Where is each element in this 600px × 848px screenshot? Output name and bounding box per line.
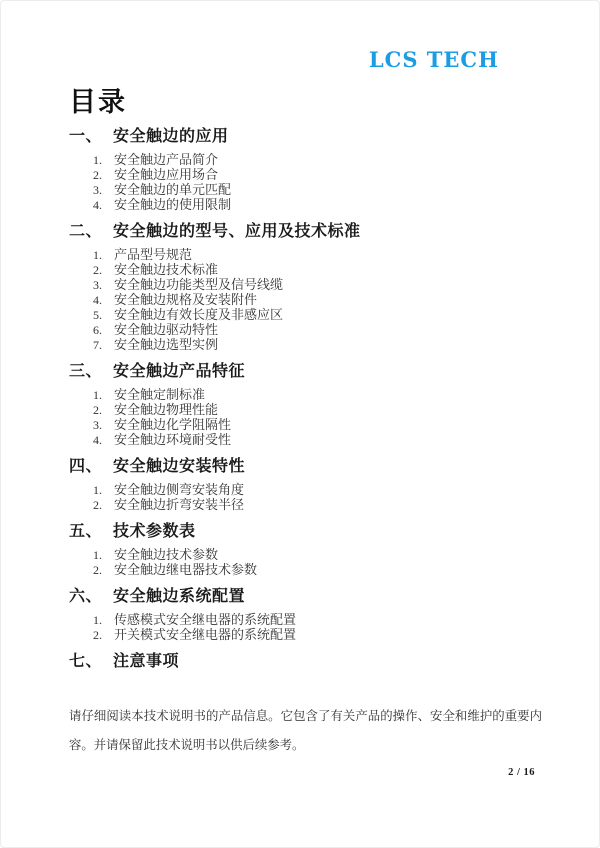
section-items: 1. 安全触边技术参数 2. 安全触边继电器技术参数: [69, 547, 539, 577]
toc-item-label: 传感模式安全继电器的系统配置: [114, 612, 296, 627]
page-number: 2 / 16: [508, 767, 535, 778]
toc-item: 3. 安全触边化学阻隔性: [69, 417, 539, 432]
toc-item-number: 4.: [93, 198, 114, 213]
section-title: 安全触边的应用: [113, 127, 229, 147]
toc-section: 三、 安全触边产品特征 1. 安全触定制标准 2. 安全触边物理性能 3. 安全…: [69, 362, 539, 447]
toc-item-number: 3.: [93, 418, 114, 433]
toc-item: 2. 安全触边继电器技术参数: [69, 562, 539, 577]
toc-item-label: 安全触边功能类型及信号线缆: [114, 277, 283, 292]
toc-item-number: 2.: [93, 403, 114, 418]
toc-section: 五、 技术参数表 1. 安全触边技术参数 2. 安全触边继电器技术参数: [69, 522, 539, 577]
section-title: 安全触边系统配置: [113, 587, 245, 607]
toc-item: 3. 安全触边的单元匹配: [69, 182, 539, 197]
toc-item-label: 安全触边环境耐受性: [114, 432, 231, 447]
toc-item-number: 1.: [93, 483, 114, 498]
toc-item: 7. 安全触边选型实例: [69, 337, 539, 352]
toc-item-number: 4.: [93, 433, 114, 448]
toc-item: 1. 传感模式安全继电器的系统配置: [69, 612, 539, 627]
toc-item: 1. 产品型号规范: [69, 247, 539, 262]
section-items: 1. 安全触定制标准 2. 安全触边物理性能 3. 安全触边化学阻隔性 4. 安…: [69, 387, 539, 447]
toc-item-label: 产品型号规范: [114, 247, 192, 262]
toc-item: 4. 安全触边规格及安装附件: [69, 292, 539, 307]
toc-item-number: 1.: [93, 613, 114, 628]
toc-item-label: 安全触边的使用限制: [114, 197, 231, 212]
toc-item-label: 安全触边物理性能: [114, 402, 218, 417]
toc-item-number: 2.: [93, 628, 114, 643]
toc-item-label: 安全触边驱动特性: [114, 322, 218, 337]
section-heading: 三、 安全触边产品特征: [69, 362, 539, 382]
company-logo: LCS TECH: [369, 47, 499, 73]
toc-item-label: 安全触边有效长度及非感应区: [114, 307, 283, 322]
section-number: 五、: [69, 522, 113, 542]
toc-item: 2. 安全触边物理性能: [69, 402, 539, 417]
section-heading: 七、 注意事项: [69, 652, 539, 672]
toc-item: 4. 安全触边环境耐受性: [69, 432, 539, 447]
toc-item-number: 3.: [93, 278, 114, 293]
section-title: 注意事项: [113, 652, 179, 672]
section-heading: 六、 安全触边系统配置: [69, 587, 539, 607]
section-number: 四、: [69, 457, 113, 477]
toc-item-number: 1.: [93, 548, 114, 563]
toc-item: 2. 安全触边技术标准: [69, 262, 539, 277]
toc-item: 1. 安全触边技术参数: [69, 547, 539, 562]
toc-item-number: 1.: [93, 153, 114, 168]
toc-item-number: 7.: [93, 338, 114, 353]
section-items: 1. 产品型号规范 2. 安全触边技术标准 3. 安全触边功能类型及信号线缆 4…: [69, 247, 539, 352]
toc-item: 4. 安全触边的使用限制: [69, 197, 539, 212]
toc-item-number: 1.: [93, 388, 114, 403]
toc-item-number: 2.: [93, 563, 114, 578]
section-title: 安全触边的型号、应用及技术标准: [113, 222, 361, 242]
toc-section: 四、 安全触边安装特性 1. 安全触边侧弯安装角度 2. 安全触边折弯安装半径: [69, 457, 539, 512]
toc-section: 七、 注意事项: [69, 652, 539, 672]
toc-item: 6. 安全触边驱动特性: [69, 322, 539, 337]
section-heading: 四、 安全触边安装特性: [69, 457, 539, 477]
section-items: 1. 安全触边侧弯安装角度 2. 安全触边折弯安装半径: [69, 482, 539, 512]
section-title: 安全触边安装特性: [113, 457, 245, 477]
toc-item-label: 安全触边技术参数: [114, 547, 218, 562]
toc-item: 1. 安全触边产品简介: [69, 152, 539, 167]
toc-item: 2. 安全触边应用场合: [69, 167, 539, 182]
section-number: 一、: [69, 127, 113, 147]
toc-item: 2. 安全触边折弯安装半径: [69, 497, 539, 512]
toc-item-label: 安全触边化学阻隔性: [114, 417, 231, 432]
toc-item-number: 1.: [93, 248, 114, 263]
toc-item-label: 安全触定制标准: [114, 387, 205, 402]
section-heading: 一、 安全触边的应用: [69, 127, 539, 147]
toc-section: 六、 安全触边系统配置 1. 传感模式安全继电器的系统配置 2. 开关模式安全继…: [69, 587, 539, 642]
toc-item-number: 3.: [93, 183, 114, 198]
section-title: 安全触边产品特征: [113, 362, 245, 382]
toc-item: 1. 安全触边侧弯安装角度: [69, 482, 539, 497]
toc-item-label: 安全触边的单元匹配: [114, 182, 231, 197]
page-title: 目录: [69, 87, 539, 117]
toc-item-number: 6.: [93, 323, 114, 338]
toc-item: 5. 安全触边有效长度及非感应区: [69, 307, 539, 322]
toc-section: 一、 安全触边的应用 1. 安全触边产品简介 2. 安全触边应用场合 3. 安全…: [69, 127, 539, 212]
notice-paragraph: 请仔细阅读本技术说明书的产品信息。它包含了有关产品的操作、安全和维护的重要内容。…: [69, 702, 542, 760]
toc-item-label: 安全触边继电器技术参数: [114, 562, 257, 577]
toc-sections: 一、 安全触边的应用 1. 安全触边产品简介 2. 安全触边应用场合 3. 安全…: [69, 127, 539, 672]
section-heading: 五、 技术参数表: [69, 522, 539, 542]
toc-item: 1. 安全触定制标准: [69, 387, 539, 402]
section-number: 三、: [69, 362, 113, 382]
section-items: 1. 安全触边产品简介 2. 安全触边应用场合 3. 安全触边的单元匹配 4. …: [69, 152, 539, 212]
toc-section: 二、 安全触边的型号、应用及技术标准 1. 产品型号规范 2. 安全触边技术标准…: [69, 222, 539, 352]
toc-item-label: 安全触边侧弯安装角度: [114, 482, 244, 497]
section-number: 七、: [69, 652, 113, 672]
section-heading: 二、 安全触边的型号、应用及技术标准: [69, 222, 539, 242]
toc-item-number: 2.: [93, 168, 114, 183]
toc-item-number: 2.: [93, 498, 114, 513]
section-title: 技术参数表: [113, 522, 196, 542]
toc-item-number: 2.: [93, 263, 114, 278]
toc-item-number: 5.: [93, 308, 114, 323]
toc-item-label: 开关模式安全继电器的系统配置: [114, 627, 296, 642]
toc-item: 3. 安全触边功能类型及信号线缆: [69, 277, 539, 292]
document-page: LCS TECH 目录 一、 安全触边的应用 1. 安全触边产品简介 2. 安全…: [0, 0, 600, 848]
toc-item-label: 安全触边技术标准: [114, 262, 218, 277]
section-items: 1. 传感模式安全继电器的系统配置 2. 开关模式安全继电器的系统配置: [69, 612, 539, 642]
toc-item-label: 安全触边选型实例: [114, 337, 218, 352]
toc-item: 2. 开关模式安全继电器的系统配置: [69, 627, 539, 642]
toc-item-label: 安全触边折弯安装半径: [114, 497, 244, 512]
toc-item-label: 安全触边产品简介: [114, 152, 218, 167]
page-header: LCS TECH: [69, 47, 539, 73]
toc-item-label: 安全触边规格及安装附件: [114, 292, 257, 307]
section-number: 二、: [69, 222, 113, 242]
toc-item-number: 4.: [93, 293, 114, 308]
section-number: 六、: [69, 587, 113, 607]
toc-item-label: 安全触边应用场合: [114, 167, 218, 182]
